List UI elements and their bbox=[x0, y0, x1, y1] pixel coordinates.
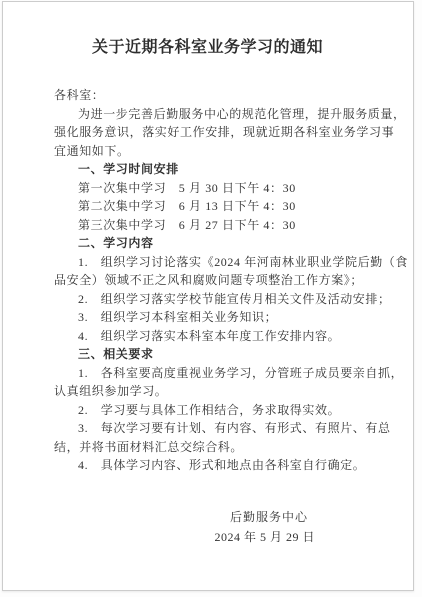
text-line: 宜通知如下。 bbox=[54, 142, 361, 161]
text-line: 1. 各科室要高度重视业务学习，分管班子成员要亲自抓， bbox=[54, 364, 361, 383]
notice-content: 关于近期各科室业务学习的通知 各科室：为进一步完善后勤服务中心的规范化管理，提升… bbox=[3, 2, 413, 547]
text-line: 2. 学习要与具体工作相结合，务求取得实效。 bbox=[54, 401, 361, 420]
text-line: 强化服务意识，落实好工作安排，现就近期各科室业务学习事 bbox=[54, 123, 361, 142]
text-line: 认真组织参加学习。 bbox=[54, 382, 361, 401]
text-line: 3. 每次学习要有计划、有内容、有形式、有照片、有总 bbox=[54, 419, 361, 438]
text-line: 为进一步完善后勤服务中心的规范化管理，提升服务质量， bbox=[54, 105, 361, 124]
text-line: 各科室： bbox=[54, 86, 361, 105]
section-heading: 一、学习时间安排 bbox=[54, 160, 361, 179]
signature-date: 2024 年 5 月 29 日 bbox=[54, 528, 361, 547]
text-line: 4. 具体学习内容、形式和地点由各科室自行确定。 bbox=[54, 456, 361, 475]
signature-name: 后勤服务中心 bbox=[54, 508, 361, 527]
notice-page: 关于近期各科室业务学习的通知 各科室：为进一步完善后勤服务中心的规范化管理，提升… bbox=[2, 1, 414, 591]
text-line: 品安全）领域不正之风和腐败问题专项整治工作方案》； bbox=[54, 271, 361, 290]
notice-body: 各科室：为进一步完善后勤服务中心的规范化管理，提升服务质量，强化服务意识，落实好… bbox=[54, 86, 361, 475]
text-line: 4. 组织学习落实本科室本年度工作安排内容。 bbox=[54, 327, 361, 346]
text-line: 2. 组织学习落实学校节能宣传月相关文件及活动安排； bbox=[54, 290, 361, 309]
text-line: 结，并将书面材料汇总交综合科。 bbox=[54, 438, 361, 457]
text-line: 1. 组织学习讨论落实《2024 年河南林业职业学院后勤（食 bbox=[54, 253, 361, 272]
section-heading: 三、相关要求 bbox=[54, 345, 361, 364]
text-line: 第二次集中学习 6 月 13 日下午 4：30 bbox=[54, 197, 361, 216]
text-line: 第一次集中学习 5 月 30 日下午 4：30 bbox=[54, 179, 361, 198]
text-line: 第三次集中学习 6 月 27 日下午 4：30 bbox=[54, 216, 361, 235]
notice-title: 关于近期各科室业务学习的通知 bbox=[54, 38, 361, 58]
section-heading: 二、学习内容 bbox=[54, 234, 361, 253]
text-line: 3. 组织学习本科室相关业务知识； bbox=[54, 308, 361, 327]
